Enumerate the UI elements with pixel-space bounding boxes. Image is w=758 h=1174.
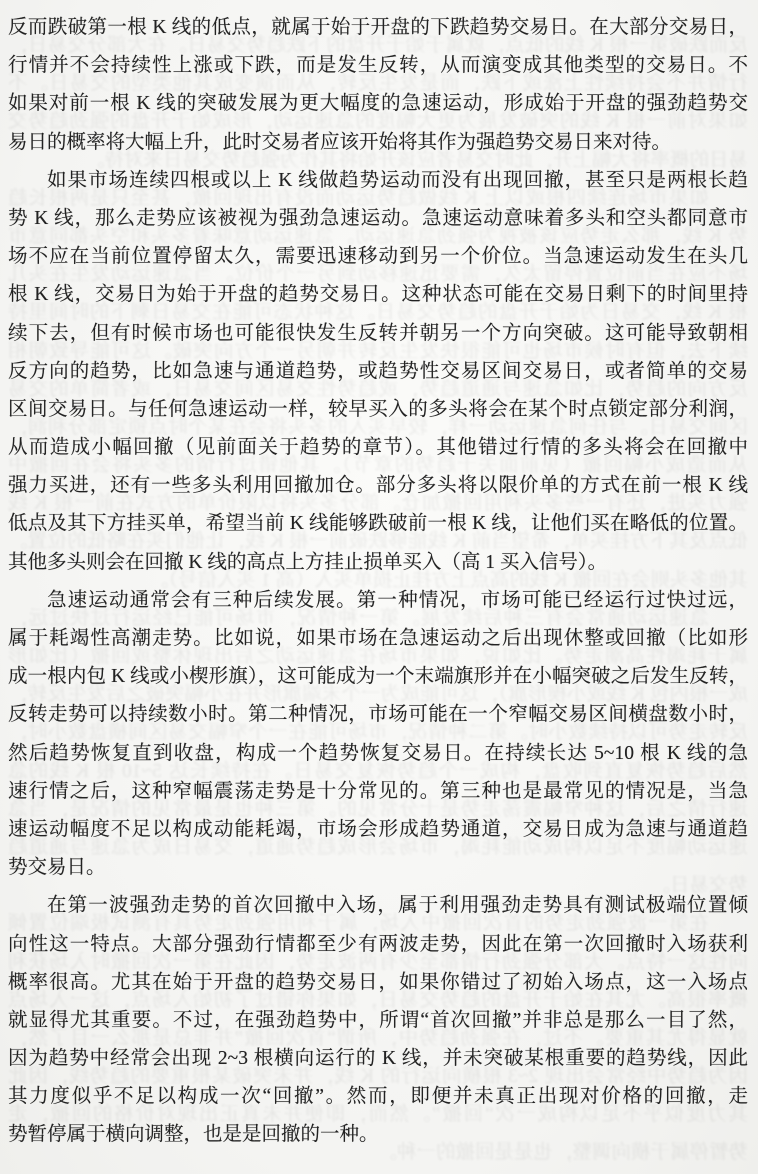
paragraph-2: 如果市场连续四根或以上 K 线做趋势运动而没有出现回撤，甚至只是两根长趋 势 K… — [8, 162, 748, 582]
text-line: 反而跌破第一根 K 线的低点，就属于始于开盘的下跌趋势交易日。在大部分交易日， — [8, 9, 748, 47]
paragraph-4: 在第一波强劲走势的首次回撤中入场，属于利用强劲走势具有测试极端位置倾 向性这一特… — [8, 887, 748, 1154]
text-line: 场不应在当前位置停留太久，需要迅速移动到另一个价位。当急速运动发生在头几 — [8, 238, 748, 276]
text-line: 如果市场连续四根或以上 K 线做趋势运动而没有出现回撤，甚至只是两根长趋 — [8, 162, 748, 200]
text-line: 续下去，但有时候市场也可能很快发生反转并朝另一个方向突破。这可能导致朝相 — [8, 315, 748, 353]
scanned-book-page: 反而跌破第一根 K 线的低点，就属于始于开盘的下跌趋势交易日。在大部分交易日， … — [0, 0, 758, 1174]
text-line: 速运动幅度不足以构成动能耗竭，市场会形成趋势通道，交易日成为急速与通道趋 — [8, 811, 748, 849]
text-line: 在第一波强劲走势的首次回撤中入场，属于利用强劲走势具有测试极端位置倾 — [8, 887, 748, 925]
paragraph-3: 急速运动通常会有三种后续发展。第一种情况，市场可能已经运行过快过远， 属于耗竭性… — [8, 582, 748, 888]
text-line: 强力买进，还有一些多头利用回撤加仓。部分多头将以限价单的方式在前一根 K 线 — [8, 467, 748, 505]
text-line: 势 K 线，那么走势应该被视为强劲急速运动。急速运动意味着多头和空头都同意市 — [8, 200, 748, 238]
text-line: 其他多头则会在回撤 K 线的高点上方挂止损单买入（高 1 买入信号）。 — [8, 544, 748, 582]
text-line: 从而造成小幅回撤（见前面关于趋势的章节）。其他错过行情的多头将会在回撤中 — [8, 429, 748, 467]
text-line: 低点及其下方挂买单，希望当前 K 线能够跌破前一根 K 线，让他们买在略低的位置… — [8, 505, 748, 543]
text-line: 势暂停属于横向调整，也是是回撤的一种。 — [8, 1116, 748, 1154]
text-line: 反方向的趋势，比如急速与通道趋势，或趋势性交易区间交易日，或者简单的交易 — [8, 353, 748, 391]
body-text: 反而跌破第一根 K 线的低点，就属于始于开盘的下跌趋势交易日。在大部分交易日， … — [8, 9, 748, 1155]
text-line: 反转走势可以持续数小时。第二种情况，市场可能在一个窄幅交易区间横盘数小时， — [8, 696, 748, 734]
text-line: 就显得尤其重要。不过，在强劲趋势中，所谓“首次回撤”并非总是那么一目了然， — [8, 1002, 748, 1040]
text-line: 易日的概率将大幅上升，此时交易者应该开始将其作为强趋势交易日来对待。 — [8, 124, 748, 162]
text-line: 急速运动通常会有三种后续发展。第一种情况，市场可能已经运行过快过远， — [8, 582, 748, 620]
text-line: 根 K 线，交易日为始于开盘的趋势交易日。这种状态可能在交易日剩下的时间里持 — [8, 276, 748, 314]
text-line: 如果对前一根 K 线的突破发展为更大幅度的急速运动，形成始于开盘的强劲趋势交 — [8, 85, 748, 123]
text-line: 行情并不会持续性上涨或下跌，而是发生反转，从而演变成其他类型的交易日。不过， — [8, 47, 748, 85]
text-line: 成一根内包 K 线或小楔形旗），这可能成为一个末端旗形并在小幅突破之后发生反转， — [8, 658, 748, 696]
text-line: 属于耗竭性高潮走势。比如说，如果市场在急速运动之后出现休整或回撤（比如形 — [8, 620, 748, 658]
text-line: 区间交易日。与任何急速运动一样，较早买入的多头将会在某个时点锁定部分利润， — [8, 391, 748, 429]
paragraph-1: 反而跌破第一根 K 线的低点，就属于始于开盘的下跌趋势交易日。在大部分交易日， … — [8, 9, 748, 162]
text-line: 因为趋势中经常会出现 2~3 根横向运行的 K 线，并未突破某根重要的趋势线，因… — [8, 1040, 748, 1078]
text-line: 向性这一特点。大部分强劲行情都至少有两波走势，因此在第一次回撤时入场获利 — [8, 926, 748, 964]
text-line: 概率很高。尤其在始于开盘的趋势交易日，如果你错过了初始入场点，这一入场点 — [8, 964, 748, 1002]
text-line: 其力度似乎不足以构成一次“回撤”。然而，即便并未真正出现对价格的回撤，走 — [8, 1078, 748, 1116]
text-line: 势交易日。 — [8, 849, 748, 887]
text-line: 然后趋势恢复直到收盘，构成一个趋势恢复交易日。在持续长达 5~10 根 K 线的… — [8, 735, 748, 773]
text-line: 速行情之后，这种窄幅震荡走势是十分常见的。第三种也是最常见的情况是，当急 — [8, 773, 748, 811]
